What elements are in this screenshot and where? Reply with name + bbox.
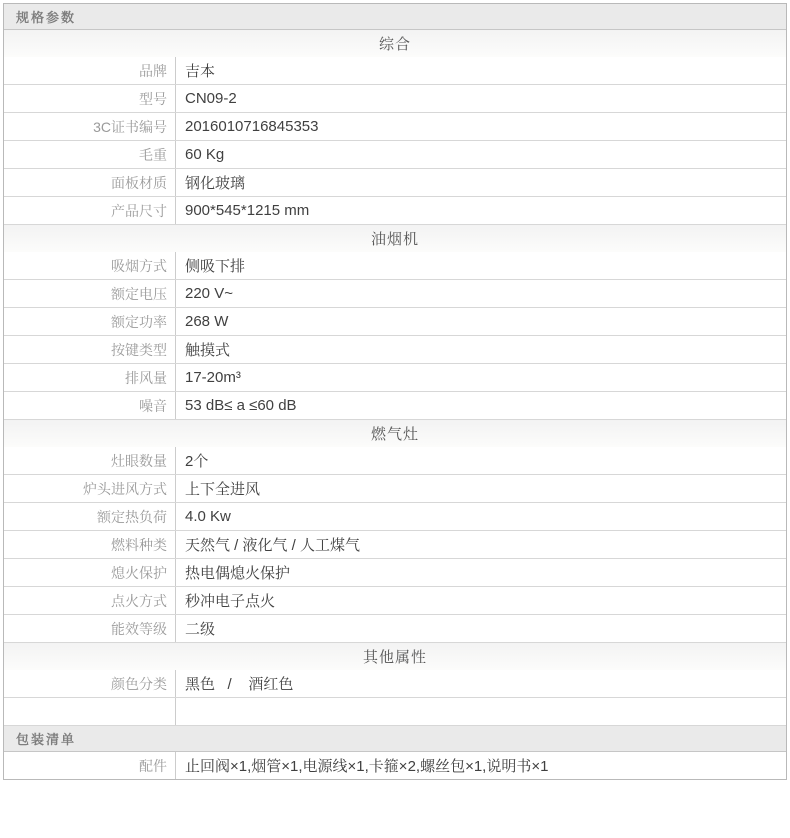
spec-label: 额定电压 — [4, 280, 176, 307]
spec-label: 吸烟方式 — [4, 252, 176, 279]
section-header: 其他属性 — [4, 643, 786, 670]
spec-label: 品牌 — [4, 57, 176, 84]
section-header: 综合 — [4, 30, 786, 57]
spec-value — [176, 698, 786, 725]
spec-row: 炉头进风方式上下全进风 — [4, 475, 786, 503]
spec-label: 毛重 — [4, 141, 176, 168]
spec-row: 颜色分类黑色 / 酒红色 — [4, 670, 786, 698]
spec-value: 60 Kg — [176, 141, 786, 168]
spec-value: 4.0 Kw — [176, 503, 786, 530]
spec-row: 排风量17-20m³ — [4, 364, 786, 392]
spec-label: 按键类型 — [4, 336, 176, 363]
panel-title: 规格参数 — [16, 7, 76, 26]
spec-row: 按键类型触摸式 — [4, 336, 786, 364]
panel-title-bar: 包装清单 — [4, 726, 786, 752]
spec-row: 燃料种类天然气 / 液化气 / 人工煤气 — [4, 531, 786, 559]
spec-value: 上下全进风 — [176, 475, 786, 502]
spec-row: 配件止回阀×1,烟管×1,电源线×1,卡箍×2,螺丝包×1,说明书×1 — [4, 752, 786, 779]
spec-row: 3C证书编号2016010716845353 — [4, 113, 786, 141]
spec-value: 二级 — [176, 615, 786, 642]
spec-row: 型号CN09-2 — [4, 85, 786, 113]
spec-row: 毛重60 Kg — [4, 141, 786, 169]
spec-value: 止回阀×1,烟管×1,电源线×1,卡箍×2,螺丝包×1,说明书×1 — [176, 752, 786, 779]
spec-row: 点火方式秒冲电子点火 — [4, 587, 786, 615]
panel-title-bar: 规格参数 — [4, 4, 786, 30]
spec-row: 产品尺寸900*545*1215 mm — [4, 197, 786, 225]
spec-label: 点火方式 — [4, 587, 176, 614]
spec-value: 黑色 / 酒红色 — [176, 670, 786, 697]
spec-value: 吉本 — [176, 57, 786, 84]
spec-label: 面板材质 — [4, 169, 176, 196]
spec-row: 熄火保护热电偶熄火保护 — [4, 559, 786, 587]
spec-value: 268 W — [176, 308, 786, 335]
spec-label: 熄火保护 — [4, 559, 176, 586]
product-spec-table: 规格参数综合品牌吉本型号CN09-23C证书编号2016010716845353… — [3, 3, 787, 780]
spec-value: 17-20m³ — [176, 364, 786, 391]
spec-label: 产品尺寸 — [4, 197, 176, 224]
spec-label: 灶眼数量 — [4, 447, 176, 474]
spec-label: 额定功率 — [4, 308, 176, 335]
spec-label: 配件 — [4, 752, 176, 779]
spec-value: 天然气 / 液化气 / 人工煤气 — [176, 531, 786, 558]
spec-label: 能效等级 — [4, 615, 176, 642]
spec-label: 颜色分类 — [4, 670, 176, 697]
section-header: 燃气灶 — [4, 420, 786, 447]
spec-row: 噪音53 dB≤ a ≤60 dB — [4, 392, 786, 420]
spec-value: 触摸式 — [176, 336, 786, 363]
spec-label: 3C证书编号 — [4, 113, 176, 140]
panel-title: 包装清单 — [16, 729, 76, 748]
spec-row: 额定电压220 V~ — [4, 280, 786, 308]
spec-label — [4, 698, 176, 725]
spec-value: 钢化玻璃 — [176, 169, 786, 196]
spec-value: 900*545*1215 mm — [176, 197, 786, 224]
spec-value: CN09-2 — [176, 85, 786, 112]
spec-value: 2016010716845353 — [176, 113, 786, 140]
spec-value: 2个 — [176, 447, 786, 474]
spec-row: 面板材质钢化玻璃 — [4, 169, 786, 197]
spec-value: 秒冲电子点火 — [176, 587, 786, 614]
spec-row: 吸烟方式侧吸下排 — [4, 252, 786, 280]
spec-label: 额定热负荷 — [4, 503, 176, 530]
section-header: 油烟机 — [4, 225, 786, 252]
spec-row: 品牌吉本 — [4, 57, 786, 85]
spec-label: 炉头进风方式 — [4, 475, 176, 502]
spec-label: 型号 — [4, 85, 176, 112]
spec-value: 53 dB≤ a ≤60 dB — [176, 392, 786, 419]
spec-row: 能效等级二级 — [4, 615, 786, 643]
spec-row: 灶眼数量2个 — [4, 447, 786, 475]
spec-value: 热电偶熄火保护 — [176, 559, 786, 586]
spec-label: 排风量 — [4, 364, 176, 391]
spec-value: 220 V~ — [176, 280, 786, 307]
spec-label: 燃料种类 — [4, 531, 176, 558]
spec-row: 额定功率268 W — [4, 308, 786, 336]
spec-row — [4, 698, 786, 726]
spec-row: 额定热负荷4.0 Kw — [4, 503, 786, 531]
spec-value: 侧吸下排 — [176, 252, 786, 279]
spec-label: 噪音 — [4, 392, 176, 419]
